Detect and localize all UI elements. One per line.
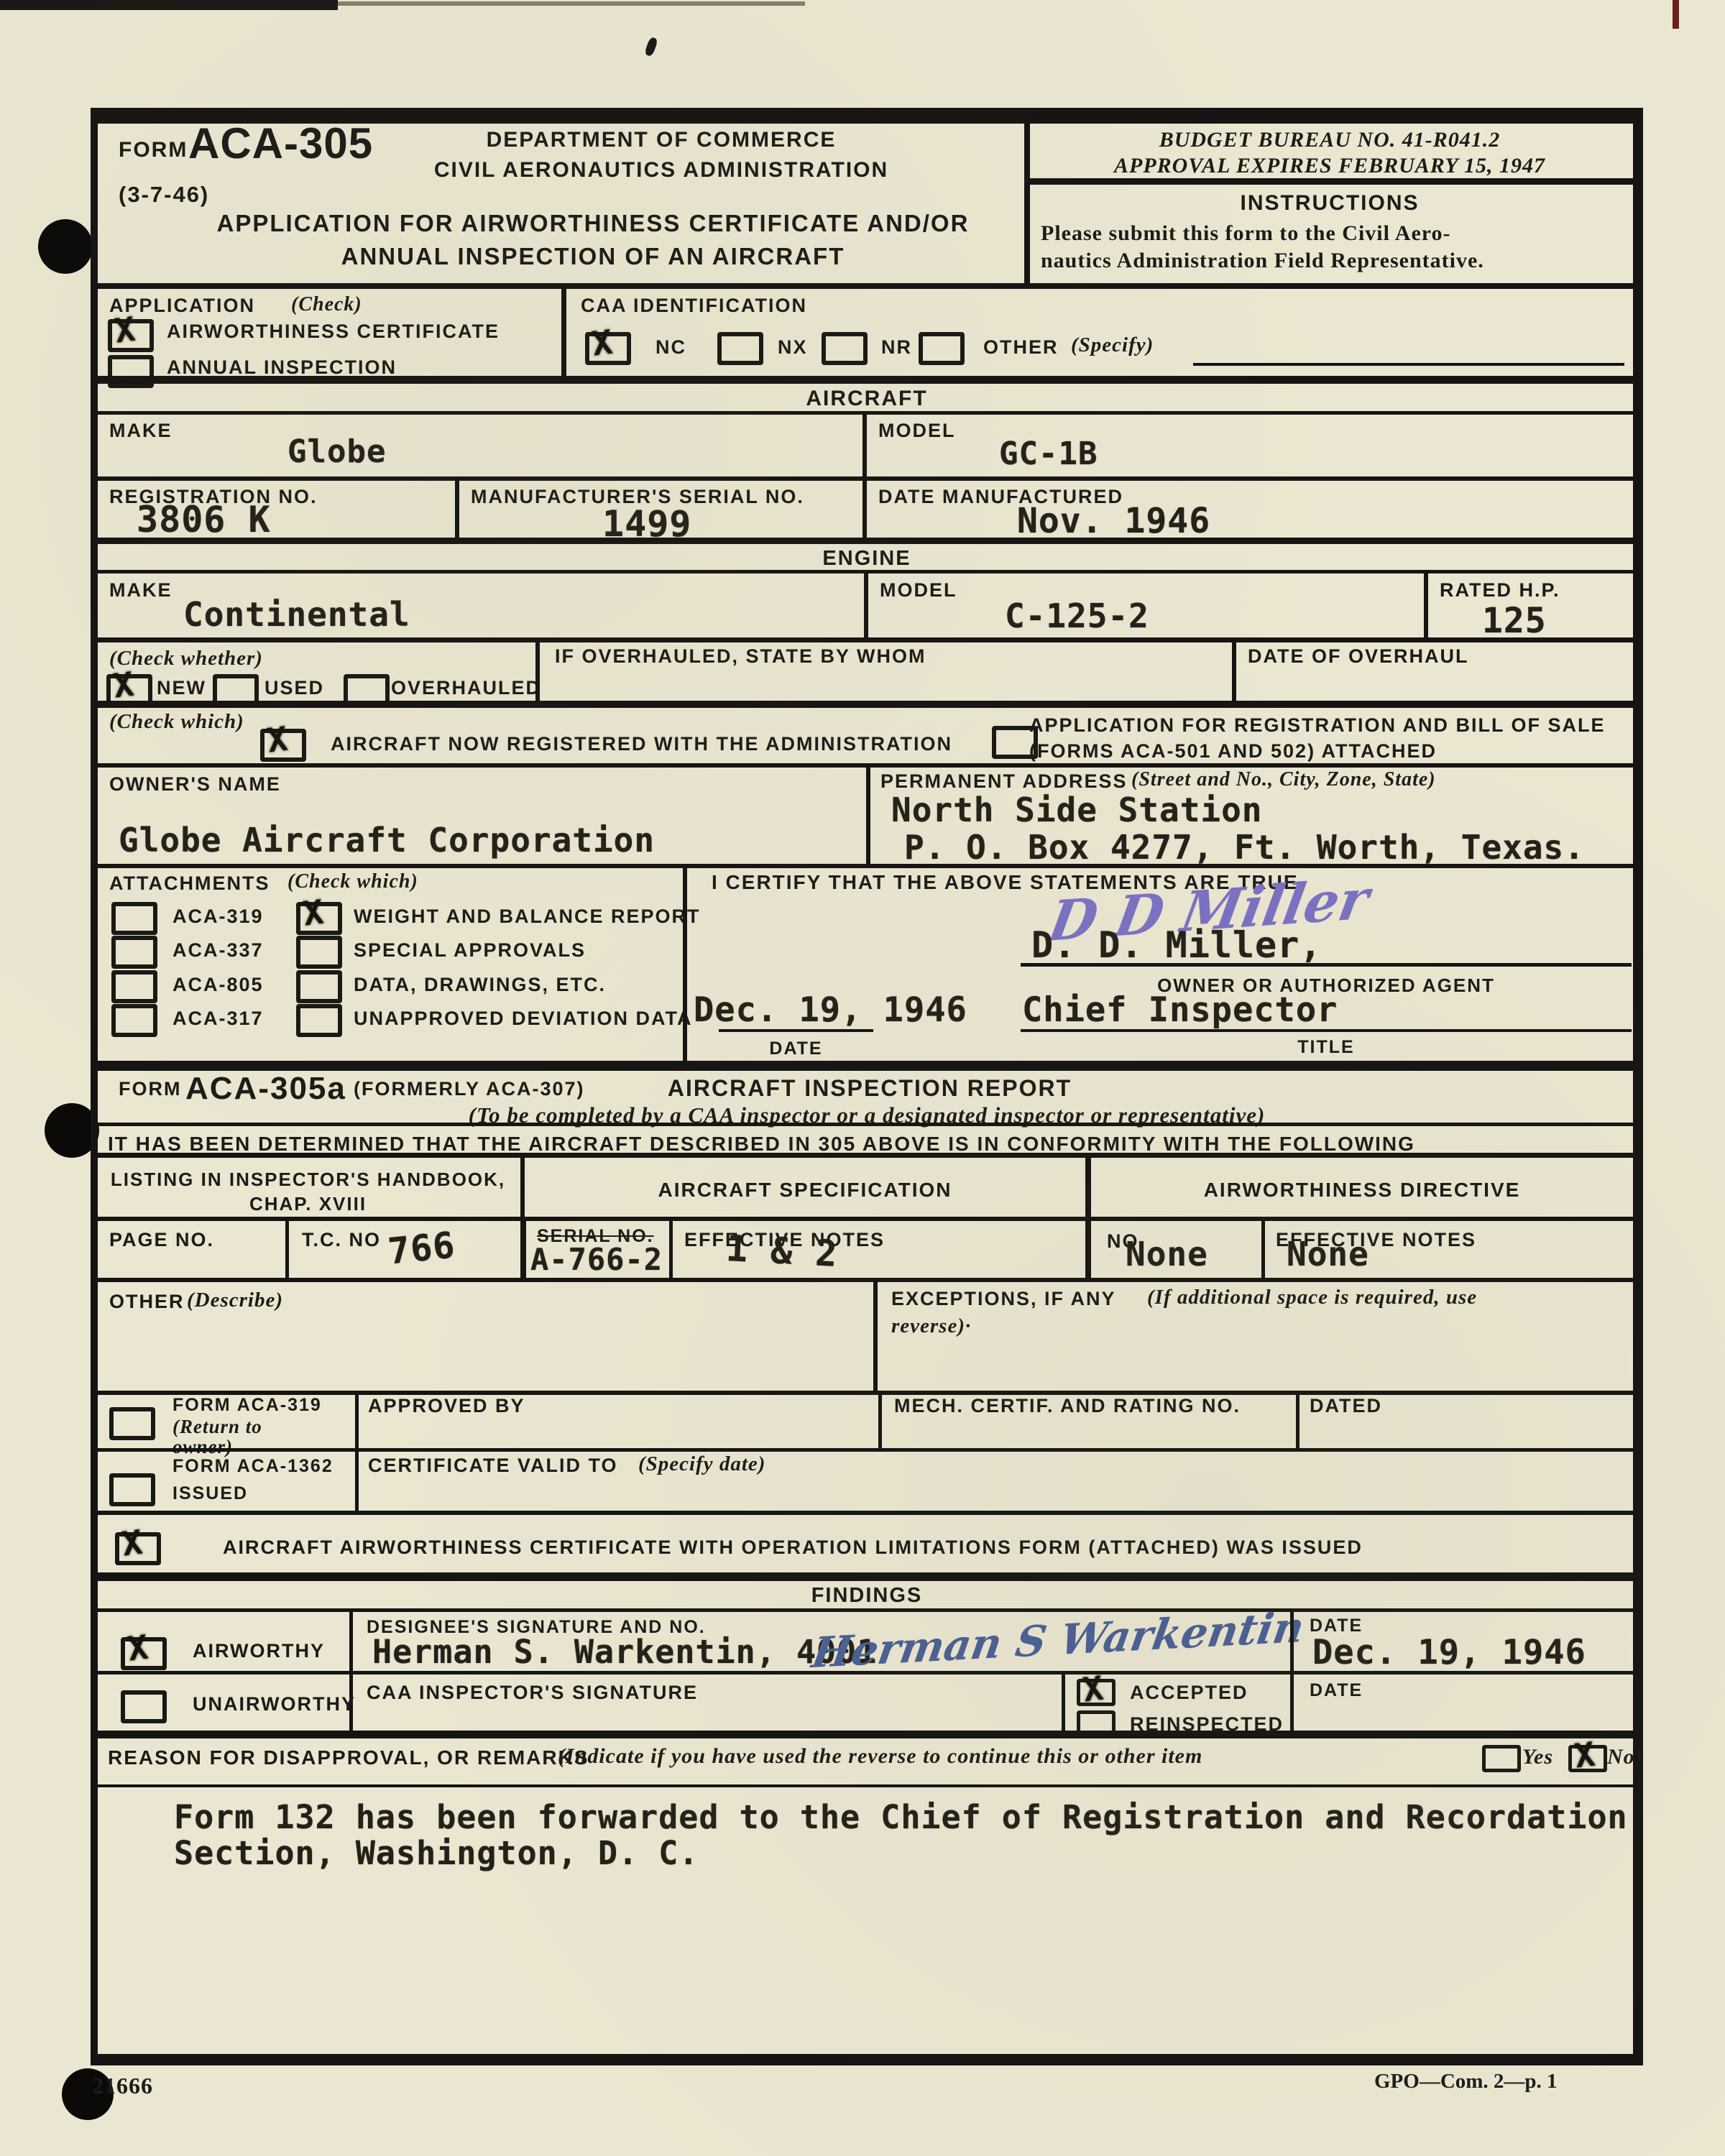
checkbox-unapproved-deviation	[296, 1004, 342, 1037]
divider	[561, 283, 566, 378]
aircraft-make-label: MAKE	[109, 420, 172, 442]
nc-label: NC	[655, 336, 686, 359]
checkbox-special-approvals	[296, 936, 342, 969]
tc-no-label: T.C. NO	[302, 1229, 381, 1251]
checkbox-form-aca-1362	[109, 1473, 155, 1506]
engine-model-value: C-125-2	[1005, 596, 1149, 635]
exceptions-note1: (If additional space is required, use	[1147, 1286, 1477, 1309]
rated-hp-value: 125	[1482, 601, 1547, 641]
scanned-document: { "paper": {"footer_left": "21666", "foo…	[0, 0, 1725, 2156]
miller-typed-name: D. D. Miller,	[1031, 924, 1322, 966]
divider	[523, 1217, 526, 1278]
rule	[91, 1671, 1643, 1674]
form-title-line2: ANNUAL INSPECTION OF AN AIRCRAFT	[165, 243, 1021, 270]
return-to-note: (Return to	[172, 1416, 262, 1438]
checkbox-cert-issued	[115, 1532, 161, 1565]
owners-name-value: Globe Aircraft Corporation	[119, 821, 655, 860]
instructions-line2: nautics Administration Field Representat…	[1041, 249, 1484, 273]
checkbox-accepted	[1077, 1679, 1115, 1706]
report-form-label: FORM	[119, 1078, 181, 1100]
title-label: TITLE	[1021, 1037, 1632, 1058]
divider	[1261, 1217, 1265, 1278]
rule	[91, 1217, 1643, 1221]
attachments-title-note: (Check which)	[287, 870, 418, 893]
dept-line2: CIVIL AERONAUTICS ADMINISTRATION	[302, 158, 1021, 183]
aircraft-section-title: AIRCRAFT	[91, 387, 1643, 411]
divider	[1062, 1671, 1065, 1734]
caa-identification-title: CAA IDENTIFICATION	[581, 295, 807, 317]
other-label: OTHER	[983, 336, 1059, 359]
rule	[91, 1608, 1643, 1612]
checkbox-aca-317	[111, 1004, 157, 1037]
checkbox-nc	[585, 332, 631, 365]
form-aca-319-label: FORM ACA-319	[172, 1395, 322, 1416]
airworthiness-certificate-label: AIRWORTHINESS CERTIFICATE	[167, 321, 500, 343]
caa-inspector-signature-label: CAA INSPECTOR'S SIGNATURE	[367, 1682, 698, 1704]
findings-section-title: FINDINGS	[91, 1584, 1643, 1608]
findings-date-value: Dec. 19, 1946	[1312, 1633, 1586, 1672]
divider	[1232, 637, 1236, 704]
signature-line	[1021, 963, 1632, 967]
aca-317-label: ACA-317	[172, 1008, 264, 1030]
instructions-title: INSTRUCTIONS	[1035, 191, 1624, 216]
engine-make-label: MAKE	[109, 579, 172, 602]
report-title: AIRCRAFT INSPECTION REPORT	[618, 1075, 1121, 1102]
report-form-number: ACA-305a	[185, 1071, 346, 1107]
remarks-line1: Form 132 has been forwarded to the Chief…	[174, 1798, 1628, 1836]
divider	[862, 411, 867, 538]
attachments-title: ATTACHMENTS	[109, 872, 270, 895]
divider	[1085, 1153, 1091, 1278]
permanent-address-note: (Street and No., City, Zone, State)	[1131, 768, 1436, 791]
issued-label: ISSUED	[172, 1483, 248, 1504]
other-describe-note: (Describe)	[187, 1289, 283, 1312]
divider	[864, 570, 868, 637]
divider	[1424, 570, 1428, 637]
divider	[535, 637, 540, 704]
other-describe-label: OTHER	[109, 1291, 185, 1313]
rule	[91, 1448, 1643, 1452]
address-line2: P. O. Box 4277, Ft. Worth, Texas.	[904, 828, 1585, 867]
footer-gpo: GPO—Com. 2—p. 1	[1374, 2070, 1558, 2093]
engine-make-value: Continental	[183, 595, 410, 634]
other-specify-line	[1193, 363, 1624, 366]
aircraft-model-label: MODEL	[878, 420, 956, 442]
date-label: DATE	[719, 1038, 873, 1059]
handbook-col-line2: CHAP. XVIII	[98, 1193, 518, 1215]
divider	[455, 476, 459, 538]
date-manufactured-value: Nov. 1946	[1017, 501, 1210, 541]
form-aca-1362-label: FORM ACA-1362	[172, 1456, 333, 1477]
form-date: (3-7-46)	[119, 182, 209, 208]
registration-no-value: 3806 K	[137, 499, 271, 540]
instructions-line1: Please submit this form to the Civil Aer…	[1041, 221, 1451, 246]
check-whether-label: (Check whether)	[109, 647, 263, 671]
divider	[866, 763, 870, 864]
new-label: NEW	[157, 677, 206, 699]
nx-label: NX	[778, 336, 808, 359]
overhauled-by-whom-label: IF OVERHAULED, STATE BY WHOM	[555, 645, 926, 668]
tc-no-value: 766	[386, 1224, 457, 1272]
exceptions-note2: reverse)·	[891, 1314, 971, 1338]
divider	[669, 1217, 673, 1278]
rule-thick	[91, 376, 1643, 384]
nr-label: NR	[881, 336, 912, 359]
date-line	[719, 1029, 873, 1032]
ink-speck	[644, 37, 658, 57]
registered-label: AIRCRAFT NOW REGISTERED WITH THE ADMINIS…	[331, 733, 952, 755]
form-title-line1: APPLICATION FOR AIRWORTHINESS CERTIFICAT…	[165, 210, 1021, 237]
effective-notes-value: 1 & 2	[725, 1227, 839, 1275]
title-line	[1021, 1029, 1632, 1032]
spec-serial-value: A-766-2	[530, 1242, 663, 1277]
rated-hp-label: RATED H.P.	[1440, 579, 1560, 602]
scan-edge-bar	[0, 0, 338, 10]
divider	[1296, 1391, 1299, 1448]
checkbox-aca-337	[111, 936, 157, 969]
owners-name-label: OWNER'S NAME	[109, 773, 281, 796]
footer-stock-number: 21666	[92, 2073, 153, 2099]
used-label: USED	[264, 677, 324, 699]
special-approvals-label: SPECIAL APPROVALS	[354, 939, 586, 962]
reason-note: (Indicate if you have used the reverse t…	[558, 1744, 1202, 1769]
mech-certif-label: MECH. CERTIF. AND RATING NO.	[894, 1395, 1241, 1417]
ad-effective-notes-value: None	[1287, 1235, 1369, 1273]
cert-issued-label: AIRCRAFT AIRWORTHINESS CERTIFICATE WITH …	[223, 1537, 1363, 1559]
owner-note: owner)	[172, 1436, 233, 1458]
aca-319-label: ACA-319	[172, 906, 264, 928]
red-edge-mark	[1673, 0, 1679, 29]
handbook-col-line1: LISTING IN INSPECTOR'S HANDBOOK,	[98, 1169, 518, 1191]
unapproved-deviation-label: UNAPPROVED DEVIATION DATA	[354, 1008, 693, 1030]
rule-thick	[91, 1731, 1643, 1738]
rule	[91, 1391, 1643, 1395]
rule	[91, 1153, 1643, 1158]
address-line1: North Side Station	[891, 791, 1263, 829]
no-label: No)	[1607, 1745, 1643, 1769]
accepted-label: ACCEPTED	[1130, 1682, 1248, 1704]
checkbox-registered	[260, 729, 306, 762]
checkbox-unairworthy	[121, 1690, 167, 1723]
checkbox-data-drawings	[296, 970, 342, 1003]
weight-balance-label: WEIGHT AND BALANCE REPORT	[354, 906, 701, 928]
budget-divider	[1024, 178, 1633, 185]
ad-col-header: AIRWORTHINESS DIRECTIVE	[1091, 1179, 1633, 1202]
checkbox-airworthiness-certificate	[108, 319, 154, 352]
checkbox-no	[1568, 1745, 1607, 1772]
unairworthy-label: UNAIRWORTHY	[193, 1693, 356, 1715]
punch-hole-top	[38, 219, 93, 274]
application-registration-line1: APPLICATION FOR REGISTRATION AND BILL OF…	[1029, 714, 1606, 737]
remarks-line2: Section, Washington, D. C.	[174, 1834, 699, 1872]
data-drawings-label: DATA, DRAWINGS, ETC.	[354, 974, 606, 996]
rule	[91, 476, 1643, 481]
yes-label: Yes	[1522, 1745, 1553, 1769]
header-divider	[1024, 108, 1030, 285]
divider	[873, 1278, 878, 1391]
form-border-bottom	[91, 2054, 1643, 2065]
page-no-label: PAGE NO.	[109, 1229, 214, 1251]
approved-by-label: APPROVED BY	[368, 1395, 525, 1417]
airworthy-label: AIRWORTHY	[193, 1640, 325, 1662]
rule-thick	[91, 1572, 1643, 1581]
reason-label: REASON FOR DISAPPROVAL, OR REMARKS	[108, 1746, 589, 1769]
checkbox-nx	[717, 332, 763, 365]
budget-line1: BUDGET BUREAU NO. 41-R041.2	[1035, 128, 1624, 152]
application-title-note: (Check)	[291, 293, 362, 316]
rule	[91, 1511, 1643, 1515]
dept-line1: DEPARTMENT OF COMMERCE	[302, 128, 1021, 152]
checkbox-aca-805	[111, 970, 157, 1003]
exceptions-label: EXCEPTIONS, IF ANY	[891, 1288, 1116, 1310]
checkbox-weight-balance	[296, 902, 342, 935]
specify-date-note: (Specify date)	[638, 1452, 765, 1476]
budget-line2: APPROVAL EXPIRES FEBRUARY 15, 1947	[1035, 154, 1624, 178]
permanent-address-label: PERMANENT ADDRESS	[880, 770, 1128, 793]
rule-thick	[91, 701, 1643, 708]
engine-section-title: ENGINE	[91, 547, 1643, 571]
report-formerly: (FORMERLY ACA-307)	[354, 1078, 585, 1100]
checkbox-yes	[1482, 1745, 1521, 1772]
aircraft-make-value: Globe	[287, 433, 386, 470]
aircraft-model-value: GC-1B	[999, 436, 1098, 472]
rule	[91, 1278, 1643, 1282]
rule	[91, 637, 1643, 642]
spec-col-header: AIRCRAFT SPECIFICATION	[525, 1179, 1085, 1202]
divider	[878, 1391, 882, 1448]
checkbox-aca-319	[111, 902, 157, 935]
other-note: (Specify)	[1071, 333, 1154, 357]
divider	[683, 864, 687, 1065]
divider	[285, 1217, 289, 1278]
engine-model-label: MODEL	[880, 579, 957, 602]
date-of-overhaul-label: DATE OF OVERHAUL	[1248, 645, 1469, 668]
rule	[91, 411, 1643, 415]
scan-edge-line	[338, 1, 805, 6]
title-value: Chief Inspector	[1022, 990, 1338, 1030]
checkbox-nr	[822, 332, 868, 365]
checkbox-form-aca-319	[109, 1407, 155, 1440]
checkbox-other	[919, 332, 965, 365]
rule-thick	[91, 1061, 1643, 1071]
rule	[91, 1784, 1643, 1787]
warkentin-signature: Herman S Warkentin	[809, 1603, 1307, 1677]
form-label: FORM	[119, 138, 188, 162]
designee-typed-name: Herman S. Warkentin, 4001	[372, 1633, 877, 1671]
form-page: FORM ACA-305 (3-7-46) DEPARTMENT OF COMM…	[0, 0, 1725, 2156]
rule	[91, 864, 1643, 868]
checkbox-airworthy	[121, 1637, 167, 1670]
aca-805-label: ACA-805	[172, 974, 264, 996]
certify-date-value: Dec. 19, 1946	[694, 990, 967, 1030]
certificate-valid-to-label: CERTIFICATE VALID TO	[368, 1455, 618, 1477]
rule-thick	[91, 538, 1643, 544]
aca-337-label: ACA-337	[172, 939, 264, 962]
rule	[91, 1123, 1643, 1126]
ad-no-value: None	[1126, 1235, 1208, 1273]
caa-date-label: DATE	[1310, 1680, 1363, 1701]
check-which-label: (Check which)	[109, 710, 244, 734]
dated-label: DATED	[1310, 1395, 1382, 1417]
rule	[91, 283, 1643, 289]
application-registration-line2: (FORMS ACA-501 AND 502) ATTACHED	[1029, 740, 1437, 763]
overhauled-label: OVERHAULED	[391, 677, 541, 699]
